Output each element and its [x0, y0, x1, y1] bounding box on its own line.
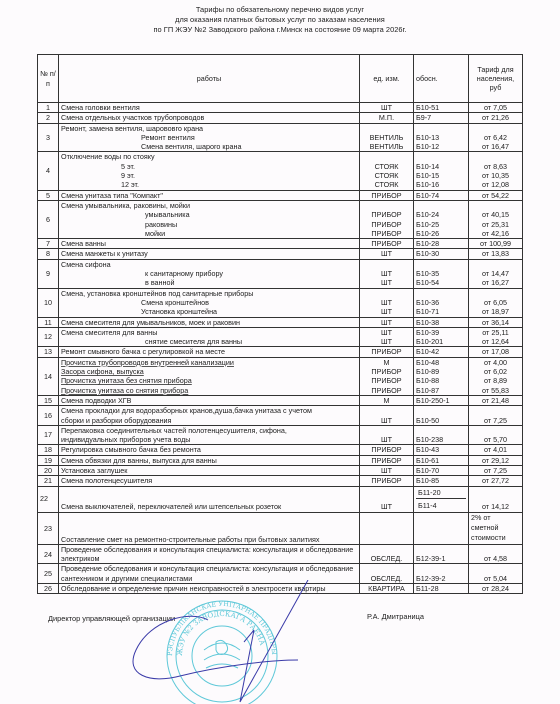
row-tariff: от 14,12 — [469, 486, 523, 512]
row-number: 26 — [38, 584, 59, 594]
row-sub-work: Ремонт вентиля — [61, 133, 357, 142]
row-sub-unit: ПРИБОР — [362, 386, 411, 395]
row-sub-code: Б10-87 — [416, 386, 466, 395]
row-tariff: от 6,05от 18,97 — [469, 288, 523, 317]
row-sub-unit: ШТ — [362, 337, 411, 346]
row-number: 8 — [38, 249, 59, 259]
table-row: 11Смена смесителя для умывальников, моек… — [38, 317, 523, 327]
row-work: Смена, установка кронштейнов под санитар… — [59, 288, 360, 317]
table-row: 14Прочистка трубопроводов внутренней кан… — [38, 357, 523, 395]
row-tariff: от 100,99 — [469, 239, 523, 249]
row-tariff: от 21,26 — [469, 113, 523, 123]
header-tariff: Тариф для населения, руб — [469, 55, 523, 103]
stamp-icon: РЭСПУБЛІКАНСКАЕ УНІТАРНАЕ ПРАДПРЫЕМСТВА … — [120, 580, 278, 704]
table-row: 5Смена унитаза типа "Компакт"ПРИБОРБ10-7… — [38, 190, 523, 200]
row-sub-work: 9 эт. — [61, 171, 357, 180]
table-row: 6Смена умывальника, раковины, мойкиумыва… — [38, 200, 523, 238]
row-sub-tariff: от 18,97 — [471, 307, 520, 316]
table-row: 24Проведение обследования и консультация… — [38, 544, 523, 564]
row-code: Б10-250-1 — [414, 395, 469, 405]
row-work: Смена полотенцесушителя — [59, 476, 360, 486]
row-work-title: Ремонт, замена вентиля, шарововго крана — [61, 124, 357, 133]
table-row: 12Смена смесителя для ванныснятие смесит… — [38, 327, 523, 347]
row-unit: ОБСЛЕД. — [360, 564, 414, 584]
title-line-1: Тарифы по обязательному перечню видов ус… — [0, 5, 560, 15]
table-row: 8Смена манжеты к унитазуШТБ10-30от 13,83 — [38, 249, 523, 259]
row-code: Б12-39-2 — [414, 564, 469, 584]
row-sub-code: Б10-39 — [416, 328, 466, 337]
row-tariff: от 4,00от 6,02от 8,89от 55,83 — [469, 357, 523, 395]
row-tariff: от 13,83 — [469, 249, 523, 259]
row-number: 23 — [38, 512, 59, 544]
row-number: 14 — [38, 357, 59, 395]
row-sub-unit: ШТ — [362, 307, 411, 316]
row-sub-code: Б10-71 — [416, 307, 466, 316]
row-sub-tariff: от 4,00 — [471, 358, 520, 367]
row-unit: МПРИБОРПРИБОРПРИБОР — [360, 357, 414, 395]
row-tariff: от 8,63от 10,35от 12,08 — [469, 152, 523, 190]
official-stamp-and-signature: РЭСПУБЛІКАНСКАЕ УНІТАРНАЕ ПРАДПРЫЕМСТВА … — [120, 580, 360, 704]
row-sub-work: Смена кронштейнов — [61, 298, 357, 307]
row-sub-unit: ШТ — [362, 278, 411, 287]
row-number: 12 — [38, 327, 59, 347]
row-number: 25 — [38, 564, 59, 584]
row-work: Смена подводки ХГВ — [59, 395, 360, 405]
row-work: Установка заглушек — [59, 465, 360, 475]
row-tariff: от 54,22 — [469, 190, 523, 200]
row-work: Перепаковка соединительных частей полоте… — [59, 425, 360, 445]
row-sub-code: Б10-15 — [416, 171, 466, 180]
row-code: Б10-36Б10-71 — [414, 288, 469, 317]
row-code: Б11-28 — [414, 584, 469, 594]
row-unit: ПРИБОР — [360, 445, 414, 455]
row-number: 2 — [38, 113, 59, 123]
row-sub-unit: ПРИБОР — [362, 376, 411, 385]
row-sub-unit: ПРИБОР — [362, 210, 411, 219]
row-work: Ремонт, замена вентиля, шарововго кранаР… — [59, 123, 360, 152]
row-tariff: от 5,70 — [469, 425, 523, 445]
row-sub-work: 5 эт. — [61, 162, 357, 171]
row-number: 1 — [38, 103, 59, 113]
row-sub-tariff: от 25,11 — [471, 328, 520, 337]
row-code: Б10-85 — [414, 476, 469, 486]
row-unit: ШТШТ — [360, 288, 414, 317]
header-work: работы — [59, 55, 360, 103]
table-row: 19Смена обвязки для ванны, выпуска для в… — [38, 455, 523, 465]
row-tariff: от 25,11от 12,64 — [469, 327, 523, 347]
row-unit — [360, 512, 414, 544]
row-work: Проведение обследования и консультация с… — [59, 544, 360, 564]
row-work: Прочистка трубопроводов внутренней канал… — [59, 357, 360, 395]
row-work: Составление смет на ремонтно-строительны… — [59, 512, 360, 544]
row-sub-tariff: от 6,05 — [471, 298, 520, 307]
tariff-table: № п/п работы ед. изм. обосн. Тариф для н… — [37, 54, 523, 594]
row-number: 10 — [38, 288, 59, 317]
row-tariff: от 40,15от 25,31от 42,16 — [469, 200, 523, 238]
row-tariff: 2% от сметной стоимости — [469, 512, 523, 544]
row-sub-work: снятие смесителя для ванны — [61, 337, 357, 346]
table-row: 7Смена ванныПРИБОРБ10-28от 100,99 — [38, 239, 523, 249]
table-header-row: № п/п работы ед. изм. обосн. Тариф для н… — [38, 55, 523, 103]
row-sub-code: Б10-88 — [416, 376, 466, 385]
row-code: Б10-42 — [414, 347, 469, 357]
row-sub-code: Б10-26 — [416, 229, 466, 238]
row-sub-code: Б10-24 — [416, 210, 466, 219]
row-number: 4 — [38, 152, 59, 190]
row-sub-code: Б10-89 — [416, 367, 466, 376]
table-row: 9Смена сифонак санитарному приборув ванн… — [38, 259, 523, 288]
row-work-title: Смена сифона — [61, 260, 357, 269]
row-code: Б9-7 — [414, 113, 469, 123]
row-work: Смена ванны — [59, 239, 360, 249]
row-sub-tariff: от 16,47 — [471, 142, 520, 151]
row-sub-work: Прочистка унитаза со снятия прибора — [61, 386, 357, 395]
row-number: 15 — [38, 395, 59, 405]
row-work-title: Смена смесителя для ванны — [61, 328, 357, 337]
table-row: 17Перепаковка соединительных частей поло… — [38, 425, 523, 445]
row-work: Смена умывальника, раковины, мойкиумывал… — [59, 200, 360, 238]
row-tariff: от 4,01 — [469, 445, 523, 455]
row-sub-work: Прочистка трубопроводов внутренней канал… — [61, 358, 357, 367]
row-tariff: от 4,58 — [469, 544, 523, 564]
row-sub-tariff: от 6,02 — [471, 367, 520, 376]
row-unit: ПРИБОР — [360, 239, 414, 249]
row-sub-tariff: от 6,42 — [471, 133, 520, 142]
row-work: Смена смесителя для ванныснятие смесител… — [59, 327, 360, 347]
row-code: Б10-39Б10-201 — [414, 327, 469, 347]
row-sub-unit: ПРИБОР — [362, 367, 411, 376]
row-unit: ШТ — [360, 406, 414, 426]
row-unit: М — [360, 395, 414, 405]
row-sub-unit: ШТ — [362, 298, 411, 307]
row-unit: ШТШТ — [360, 327, 414, 347]
table-body: 1Смена головки вентиляШТБ10-51от 7,052См… — [38, 103, 523, 594]
row-number: 22 — [38, 486, 59, 512]
row-sub-code: Б10-16 — [416, 180, 466, 189]
table-row: 20Установка заглушекШТБ10-70от 7,25 — [38, 465, 523, 475]
row-number: 3 — [38, 123, 59, 152]
row-work: Смена сифонак санитарному приборув ванно… — [59, 259, 360, 288]
row-sub-code: Б10-35 — [416, 269, 466, 278]
row-code: Б10-61 — [414, 455, 469, 465]
row-number: 24 — [38, 544, 59, 564]
row-code: Б10-13Б10-12 — [414, 123, 469, 152]
row-tariff: от 6,42от 16,47 — [469, 123, 523, 152]
row-tariff: от 28,24 — [469, 584, 523, 594]
row-work: Смена прокладки для водоразборных кранов… — [59, 406, 360, 426]
row-code: Б11-20 — [416, 487, 466, 499]
row-code: Б10-35Б10-54 — [414, 259, 469, 288]
row-sub-code: Б10-14 — [416, 162, 466, 171]
row-sub-work: раковины — [61, 220, 357, 229]
row-work: Ремонт смывного бачка с регулировкой на … — [59, 347, 360, 357]
row-sub-tariff: от 10,35 — [471, 171, 520, 180]
row-sub-unit: ПРИБОР — [362, 229, 411, 238]
document-title: Тарифы по обязательному перечню видов ус… — [0, 5, 560, 35]
row-unit: ПРИБОР — [360, 455, 414, 465]
row-sub-unit: ВЕНТИЛЬ — [362, 133, 411, 142]
row-work: Смена унитаза типа "Компакт" — [59, 190, 360, 200]
row-number: 13 — [38, 347, 59, 357]
table-row: 15Смена подводки ХГВМБ10-250-1от 21,48 — [38, 395, 523, 405]
row-tariff: от 27,72 — [469, 476, 523, 486]
row-unit: М.П. — [360, 113, 414, 123]
row-sub-work: Смена вентиля, шарого крана — [61, 142, 357, 151]
row-sub-work: 12 эт. — [61, 180, 357, 189]
row-sub-work: умывальника — [61, 210, 357, 219]
row-unit: ШТ — [360, 103, 414, 113]
row-sub-work: мойки — [61, 229, 357, 238]
row-code: Б10-14Б10-15Б10-16 — [414, 152, 469, 190]
row-sub-work: Установка кронштейна — [61, 307, 357, 316]
row-sub-unit: СТОЯК — [362, 162, 411, 171]
row-code: Б10-38 — [414, 317, 469, 327]
row-unit: ПРИБОР — [360, 476, 414, 486]
row-work: Смена головки вентиля — [59, 103, 360, 113]
row-codes: Б11-20Б11-4 — [414, 486, 469, 512]
row-tariff: от 7,25 — [469, 406, 523, 426]
row-sub-work: Прочистка унитаза без снятия прибора — [61, 376, 357, 385]
row-work: Регулировка смывного бачка без ремонта — [59, 445, 360, 455]
row-unit: ПРИБОР — [360, 347, 414, 357]
row-sub-tariff: от 55,83 — [471, 386, 520, 395]
row-sub-unit: М — [362, 358, 411, 367]
row-work: Смена смесителя для умывальников, моек и… — [59, 317, 360, 327]
row-sub-code: Б10-25 — [416, 220, 466, 229]
row-code: Б10-238 — [414, 425, 469, 445]
row-sub-code: Б10-36 — [416, 298, 466, 307]
row-sub-unit: ПРИБОР — [362, 220, 411, 229]
row-unit: ОБСЛЕД. — [360, 544, 414, 564]
row-sub-work: в ванной — [61, 278, 357, 287]
row-number: 7 — [38, 239, 59, 249]
row-sub-tariff: от 12,08 — [471, 180, 520, 189]
table-row: 18Регулировка смывного бачка без ремонта… — [38, 445, 523, 455]
row-unit: ПРИБОР — [360, 190, 414, 200]
row-code: Б10-30 — [414, 249, 469, 259]
row-tariff: от 21,48 — [469, 395, 523, 405]
table-row: 13Ремонт смывного бачка с регулировкой н… — [38, 347, 523, 357]
row-number: 19 — [38, 455, 59, 465]
row-work: Смена обвязки для ванны, выпуска для ван… — [59, 455, 360, 465]
row-unit: ШТ — [360, 465, 414, 475]
row-code: Б10-24Б10-25Б10-26 — [414, 200, 469, 238]
row-sub-tariff: от 12,64 — [471, 337, 520, 346]
row-sub-unit: ШТ — [362, 328, 411, 337]
row-sub-unit: СТОЯК — [362, 180, 411, 189]
row-unit: ШТ — [360, 317, 414, 327]
table-row: 16Смена прокладки для водоразборных кран… — [38, 406, 523, 426]
header-code: обосн. — [414, 55, 469, 103]
row-code: Б10-74 — [414, 190, 469, 200]
row-tariff: от 14,47от 16,27 — [469, 259, 523, 288]
row-code: Б10-50 — [414, 406, 469, 426]
row-unit: ВЕНТИЛЬВЕНТИЛЬ — [360, 123, 414, 152]
row-sub-unit: ШТ — [362, 269, 411, 278]
row-tariff: от 7,25 — [469, 465, 523, 475]
row-code: Б12-39-1 — [414, 544, 469, 564]
table-row: 3Ремонт, замена вентиля, шарововго крана… — [38, 123, 523, 152]
row-work-title: Смена, установка кронштейнов под санитар… — [61, 289, 357, 298]
row-sub-tariff: от 25,31 — [471, 220, 520, 229]
row-sub-unit: СТОЯК — [362, 171, 411, 180]
row-unit: ШТ — [360, 425, 414, 445]
table-row: 22Смена выключателей, переключателей или… — [38, 486, 523, 512]
row-number: 17 — [38, 425, 59, 445]
row-unit: ШТШТ — [360, 259, 414, 288]
row-tariff: от 7,05 — [469, 103, 523, 113]
header-num: № п/п — [38, 55, 59, 103]
row-tariff: от 29,12 — [469, 455, 523, 465]
row-tariff: от 5,04 — [469, 564, 523, 584]
row-sub-work: к санитарному прибору — [61, 269, 357, 278]
header-unit: ед. изм. — [360, 55, 414, 103]
row-unit: ШТ — [360, 486, 414, 512]
row-sub-code: Б10-13 — [416, 133, 466, 142]
row-work: Отключение воды по стояку5 эт.9 эт.12 эт… — [59, 152, 360, 190]
row-sub-work: Засора сифона, выпуска — [61, 367, 357, 376]
title-line-2: для оказания платных бытовых услуг по за… — [0, 15, 560, 25]
row-sub-code: Б10-54 — [416, 278, 466, 287]
row-code: Б10-43 — [414, 445, 469, 455]
row-number: 9 — [38, 259, 59, 288]
row-sub-tariff: от 14,47 — [471, 269, 520, 278]
row-number: 20 — [38, 465, 59, 475]
row-tariff: от 36,14 — [469, 317, 523, 327]
signatory-name: Р.А. Дмитраница — [367, 612, 424, 621]
table-row: 1Смена головки вентиляШТБ10-51от 7,05 — [38, 103, 523, 113]
table-row: 10Смена, установка кронштейнов под санит… — [38, 288, 523, 317]
row-number: 6 — [38, 200, 59, 238]
row-work-title: Смена умывальника, раковины, мойки — [61, 201, 357, 210]
row-sub-tariff: от 40,15 — [471, 210, 520, 219]
row-code: Б10-48Б10-89Б10-88Б10-87 — [414, 357, 469, 395]
row-unit: ПРИБОРПРИБОРПРИБОР — [360, 200, 414, 238]
row-unit: ШТ — [360, 249, 414, 259]
table-row: 2Смена отдельных участков трубопроводовМ… — [38, 113, 523, 123]
row-code: Б11-4 — [416, 499, 466, 512]
table-row: 21Смена полотенцесушителяПРИБОРБ10-85от … — [38, 476, 523, 486]
row-work: Смена выключателей, переключателей или ш… — [59, 486, 360, 512]
row-sub-code: Б10-201 — [416, 337, 466, 346]
row-sub-tariff: от 8,63 — [471, 162, 520, 171]
row-code: Б10-51 — [414, 103, 469, 113]
row-number: 11 — [38, 317, 59, 327]
row-sub-tariff: от 8,89 — [471, 376, 520, 385]
row-work: Смена манжеты к унитазу — [59, 249, 360, 259]
row-tariff: от 17,08 — [469, 347, 523, 357]
table-row: 4Отключение воды по стояку5 эт.9 эт.12 э… — [38, 152, 523, 190]
row-number: 21 — [38, 476, 59, 486]
row-code: Б10-70 — [414, 465, 469, 475]
row-number: 16 — [38, 406, 59, 426]
row-work: Смена отдельных участков трубопроводов — [59, 113, 360, 123]
row-sub-tariff: от 16,27 — [471, 278, 520, 287]
row-code: Б10-28 — [414, 239, 469, 249]
row-unit: КВАРТИРА — [360, 584, 414, 594]
row-sub-unit: ВЕНТИЛЬ — [362, 142, 411, 151]
row-sub-code: Б10-48 — [416, 358, 466, 367]
row-unit: СТОЯКСТОЯКСТОЯК — [360, 152, 414, 190]
row-sub-code: Б10-12 — [416, 142, 466, 151]
signature-icon — [133, 580, 308, 702]
row-code — [414, 512, 469, 544]
row-number: 5 — [38, 190, 59, 200]
row-number: 18 — [38, 445, 59, 455]
row-work-title: Отключение воды по стояку — [61, 152, 357, 161]
table-row: 23Составление смет на ремонтно-строитель… — [38, 512, 523, 544]
title-line-3: по ГП ЖЭУ №2 Заводского района г.Минск н… — [0, 25, 560, 35]
row-sub-tariff: от 42,16 — [471, 229, 520, 238]
